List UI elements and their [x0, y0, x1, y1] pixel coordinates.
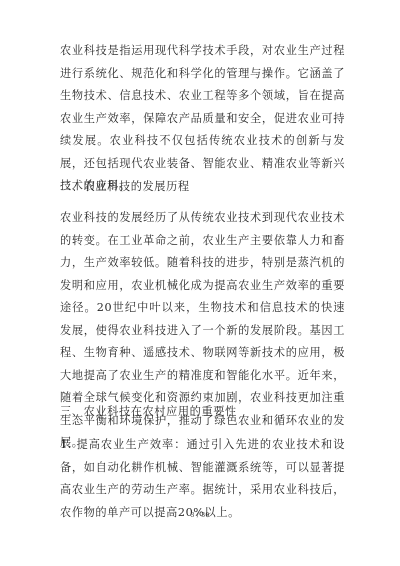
document-page: 农业科技是指运用现代科学技术手段，对农业生产过程进行系统化、规范化和科学化的管理…: [0, 0, 400, 566]
section-heading-rural-importance: 三、农业科技在农村应用的重要性: [60, 401, 345, 423]
list-item-efficiency: 1. 提高农业生产效率：通过引入先进的农业技术和设备，如自动化耕作机械、智能灌溉…: [60, 434, 345, 524]
section-heading-development-history: 二、农业科技的发展历程: [60, 176, 345, 198]
page-indicator: 3 / 30: [0, 512, 400, 519]
intro-paragraph: 农业科技是指运用现代科学技术手段，对农业生产过程进行系统化、规范化和科学化的管理…: [60, 40, 345, 198]
